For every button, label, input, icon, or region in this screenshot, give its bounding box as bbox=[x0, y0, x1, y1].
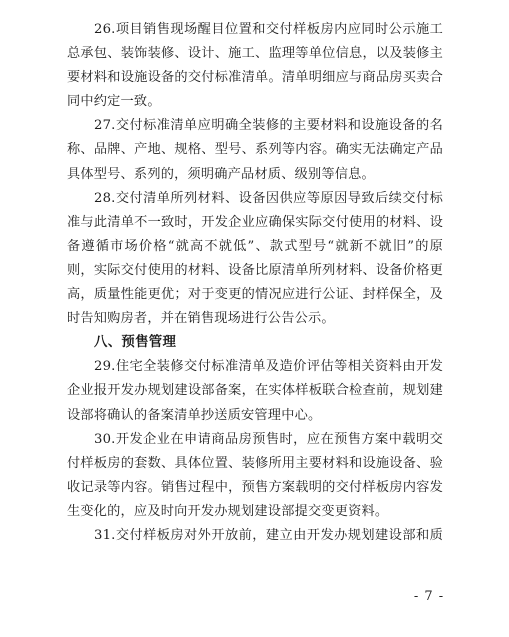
paragraph-31: 31.交付样板房对外开放前，建立由开发办规划建设部和质 bbox=[67, 524, 443, 548]
text-line: 要材料和设施设备的交付标准清单。清单明细应与商品房买卖合 bbox=[67, 66, 443, 90]
text-line: 付样板房的套数、具体位置、装修所用主要材料和设施设备、验 bbox=[67, 452, 443, 476]
text-line: 具体型号、系列的，须明确产品材质、级别等信息。 bbox=[67, 163, 443, 187]
paragraph-30: 30.开发企业在申请商品房预售时，应在预售方案中载明交 付样板房的套数、具体位置… bbox=[67, 428, 443, 524]
document-body: 26.项目销售现场醒目位置和交付样板房内应同时公示施工 总承包、装饰装修、设计、… bbox=[67, 18, 443, 548]
page-number: - 7 - bbox=[412, 589, 446, 604]
text-line: 备遵循市场价格“就高不就低”、款式型号“就新不就旧”的原 bbox=[67, 235, 443, 259]
text-line: 总承包、装饰装修、设计、施工、监理等单位信息，以及装修主 bbox=[67, 42, 443, 66]
paragraph-26: 26.项目销售现场醒目位置和交付样板房内应同时公示施工 总承包、装饰装修、设计、… bbox=[67, 18, 443, 114]
text-line: 时告知购房者，并在销售现场进行公告公示。 bbox=[67, 307, 443, 331]
paragraph-29: 29.住宅全装修交付标准清单及造价评估等相关资料由开发 企业报开发办规划建设部备… bbox=[67, 355, 443, 427]
text-line: 26.项目销售现场醒目位置和交付样板房内应同时公示施工 bbox=[67, 18, 443, 42]
text-line: 29.住宅全装修交付标准清单及造价评估等相关资料由开发 bbox=[67, 355, 443, 379]
text-line: 28.交付清单所列材料、设备因供应等原因导致后续交付标 bbox=[67, 187, 443, 211]
text-line: 则，实际交付使用的材料、设备比原清单所列材料、设备价格更 bbox=[67, 259, 443, 283]
text-line: 生变化的，应及时向开发办规划建设部提交变更资料。 bbox=[67, 500, 443, 524]
section-heading: 八、预售管理 bbox=[67, 331, 443, 355]
document-page: 26.项目销售现场醒目位置和交付样板房内应同时公示施工 总承包、装饰装修、设计、… bbox=[0, 0, 509, 637]
section-heading-text: 八、预售管理 bbox=[67, 331, 443, 355]
text-line: 31.交付样板房对外开放前，建立由开发办规划建设部和质 bbox=[67, 524, 443, 548]
text-line: 高，质量性能更优；对于变更的情况应进行公证、封样保全，及 bbox=[67, 283, 443, 307]
text-line: 称、品牌、产地、规格、型号、系列等内容。确实无法确定产品 bbox=[67, 138, 443, 162]
text-line: 准与此清单不一致时，开发企业应确保实际交付使用的材料、设 bbox=[67, 211, 443, 235]
text-line: 27.交付标准清单应明确全装修的主要材料和设施设备的名 bbox=[67, 114, 443, 138]
text-line: 收记录等内容。销售过程中，预售方案载明的交付样板房内容发 bbox=[67, 476, 443, 500]
text-line: 同中约定一致。 bbox=[67, 90, 443, 114]
text-line: 设部将确认的备案清单抄送质安管理中心。 bbox=[67, 404, 443, 428]
text-line: 企业报开发办规划建设部备案，在实体样板联合检查前，规划建 bbox=[67, 379, 443, 403]
paragraph-27: 27.交付标准清单应明确全装修的主要材料和设施设备的名 称、品牌、产地、规格、型… bbox=[67, 114, 443, 186]
text-line: 30.开发企业在申请商品房预售时，应在预售方案中载明交 bbox=[67, 428, 443, 452]
paragraph-28: 28.交付清单所列材料、设备因供应等原因导致后续交付标 准与此清单不一致时，开发… bbox=[67, 187, 443, 332]
